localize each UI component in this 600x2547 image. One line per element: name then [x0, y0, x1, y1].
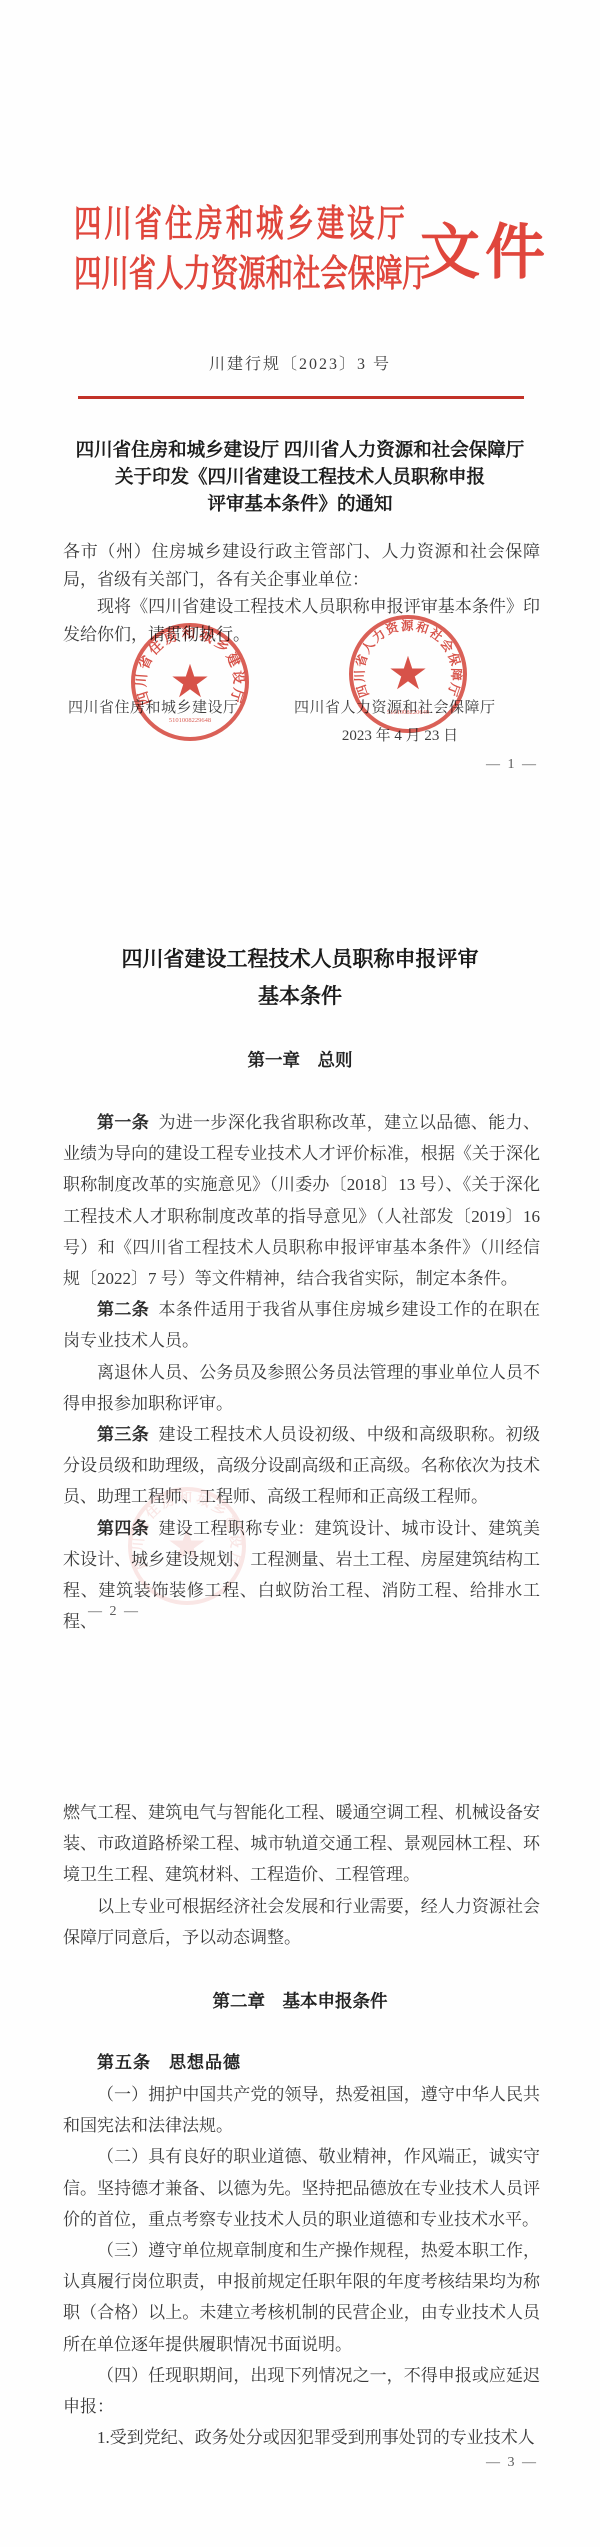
- list-item: （一）拥护中国共产党的领导，热爱祖国，遵守中华人民共和国宪法和法律法规。: [63, 2079, 540, 2141]
- seal-star-icon: ★: [387, 648, 428, 699]
- paragraph: 燃气工程、建筑电气与智能化工程、暖通空调工程、机械设备安装、市政道路桥梁工程、城…: [63, 1797, 540, 1891]
- notice-title: 四川省住房和城乡建设厅 四川省人力资源和社会保障厅关于印发《四川省建设工程技术人…: [0, 438, 600, 519]
- seal-bleedthrough-icon: 四川省住房和城乡建设厅 ★: [124, 1483, 250, 1609]
- page-number-2: — 2 —: [88, 1604, 140, 1620]
- list-item: （二）具有良好的职业道德、敬业精神，作风端正，诚实守信。坚持德才兼备、以德为先。…: [63, 2141, 540, 2235]
- attachment-title-line2: 基本条件: [0, 978, 600, 1015]
- letterhead-divider-rule: [78, 396, 524, 399]
- list-item: （四）任现职期间，出现下列情况之一，不得申报或应延迟申报：: [63, 2360, 540, 2422]
- paragraph: 第二条本条件适用于我省从事住房城乡建设工作的在职在岗专业技术人员。: [63, 1294, 540, 1356]
- attachment-title: 四川省建设工程技术人员职称申报评审 基本条件: [0, 941, 600, 1015]
- official-seal-housing-dept-icon: 四川省住房和城乡建设厅 ★ 5101008229648: [127, 619, 253, 745]
- letterhead-doc-type: 文件: [420, 220, 550, 286]
- chapter-2-heading: 第二章 基本申报条件: [0, 1988, 600, 2013]
- seal-star-icon: ★: [166, 1520, 207, 1571]
- scanned-government-document: 四川省住房和城乡建设厅 四川省人力资源和社会保障厅 文件 川建行规〔2023〕3…: [0, 0, 600, 2547]
- paragraph: 离退休人员、公务员及参照公务员法管理的事业单位人员不得申报参加职称评审。: [63, 1357, 540, 1419]
- page-number-1: — 1 —: [486, 757, 538, 773]
- notice-title-line: 关于印发《四川省建设工程技术人员职称申报: [0, 465, 600, 492]
- recipients-line: 各市（州）住房城乡建设行政主管部门、人力资源和社会保障局，省级有关部门，各有关企…: [63, 538, 540, 593]
- paragraph: 第一条为进一步深化我省职称改革，建立以品德、能力、业绩为导向的建设工程专业技术人…: [63, 1107, 540, 1294]
- attachment-title-line1: 四川省建设工程技术人员职称申报评审: [0, 941, 600, 978]
- seal-star-icon: ★: [169, 656, 210, 707]
- seal-serial-number: 5101008220649: [387, 709, 429, 716]
- article-5-heading: 第五条 思想品德: [97, 2048, 241, 2073]
- paragraph: 以上专业可根据经济社会发展和行业需要，经人力资源社会保障厅同意后，予以动态调整。: [63, 1891, 540, 1953]
- list-item: 1.受到党纪、政务处分或因犯罪受到刑事处罚的专业技术人: [63, 2422, 540, 2453]
- agency-name-hr: 四川省人力资源和社会保障厅: [74, 250, 430, 300]
- notice-title-line: 评审基本条件》的通知: [0, 492, 600, 519]
- letterhead-agency-names: 四川省住房和城乡建设厅 四川省人力资源和社会保障厅: [74, 200, 430, 300]
- page-number-3: — 3 —: [486, 2455, 538, 2471]
- agency-name-housing: 四川省住房和城乡建设厅: [74, 200, 430, 250]
- document-number: 川建行规〔2023〕3 号: [0, 351, 600, 374]
- article-5-items: （一）拥护中国共产党的领导，热爱祖国，遵守中华人民共和国宪法和法律法规。（二）具…: [63, 2079, 540, 2453]
- page3-paragraphs: 燃气工程、建筑电气与智能化工程、暖通空调工程、机械设备安装、市政道路桥梁工程、城…: [63, 1797, 540, 1953]
- official-seal-hr-dept-icon: 四川省人力资源和社会保障厅 ★ 5101008220649: [345, 611, 471, 737]
- chapter-1-heading: 第一章 总则: [0, 1047, 600, 1072]
- seal-serial-number: 5101008229648: [169, 717, 211, 724]
- list-item: （三）遵守单位规章制度和生产操作规程，热爱本职工作，认真履行岗位职责，申报前规定…: [63, 2235, 540, 2360]
- notice-title-line: 四川省住房和城乡建设厅 四川省人力资源和社会保障厅: [0, 438, 600, 465]
